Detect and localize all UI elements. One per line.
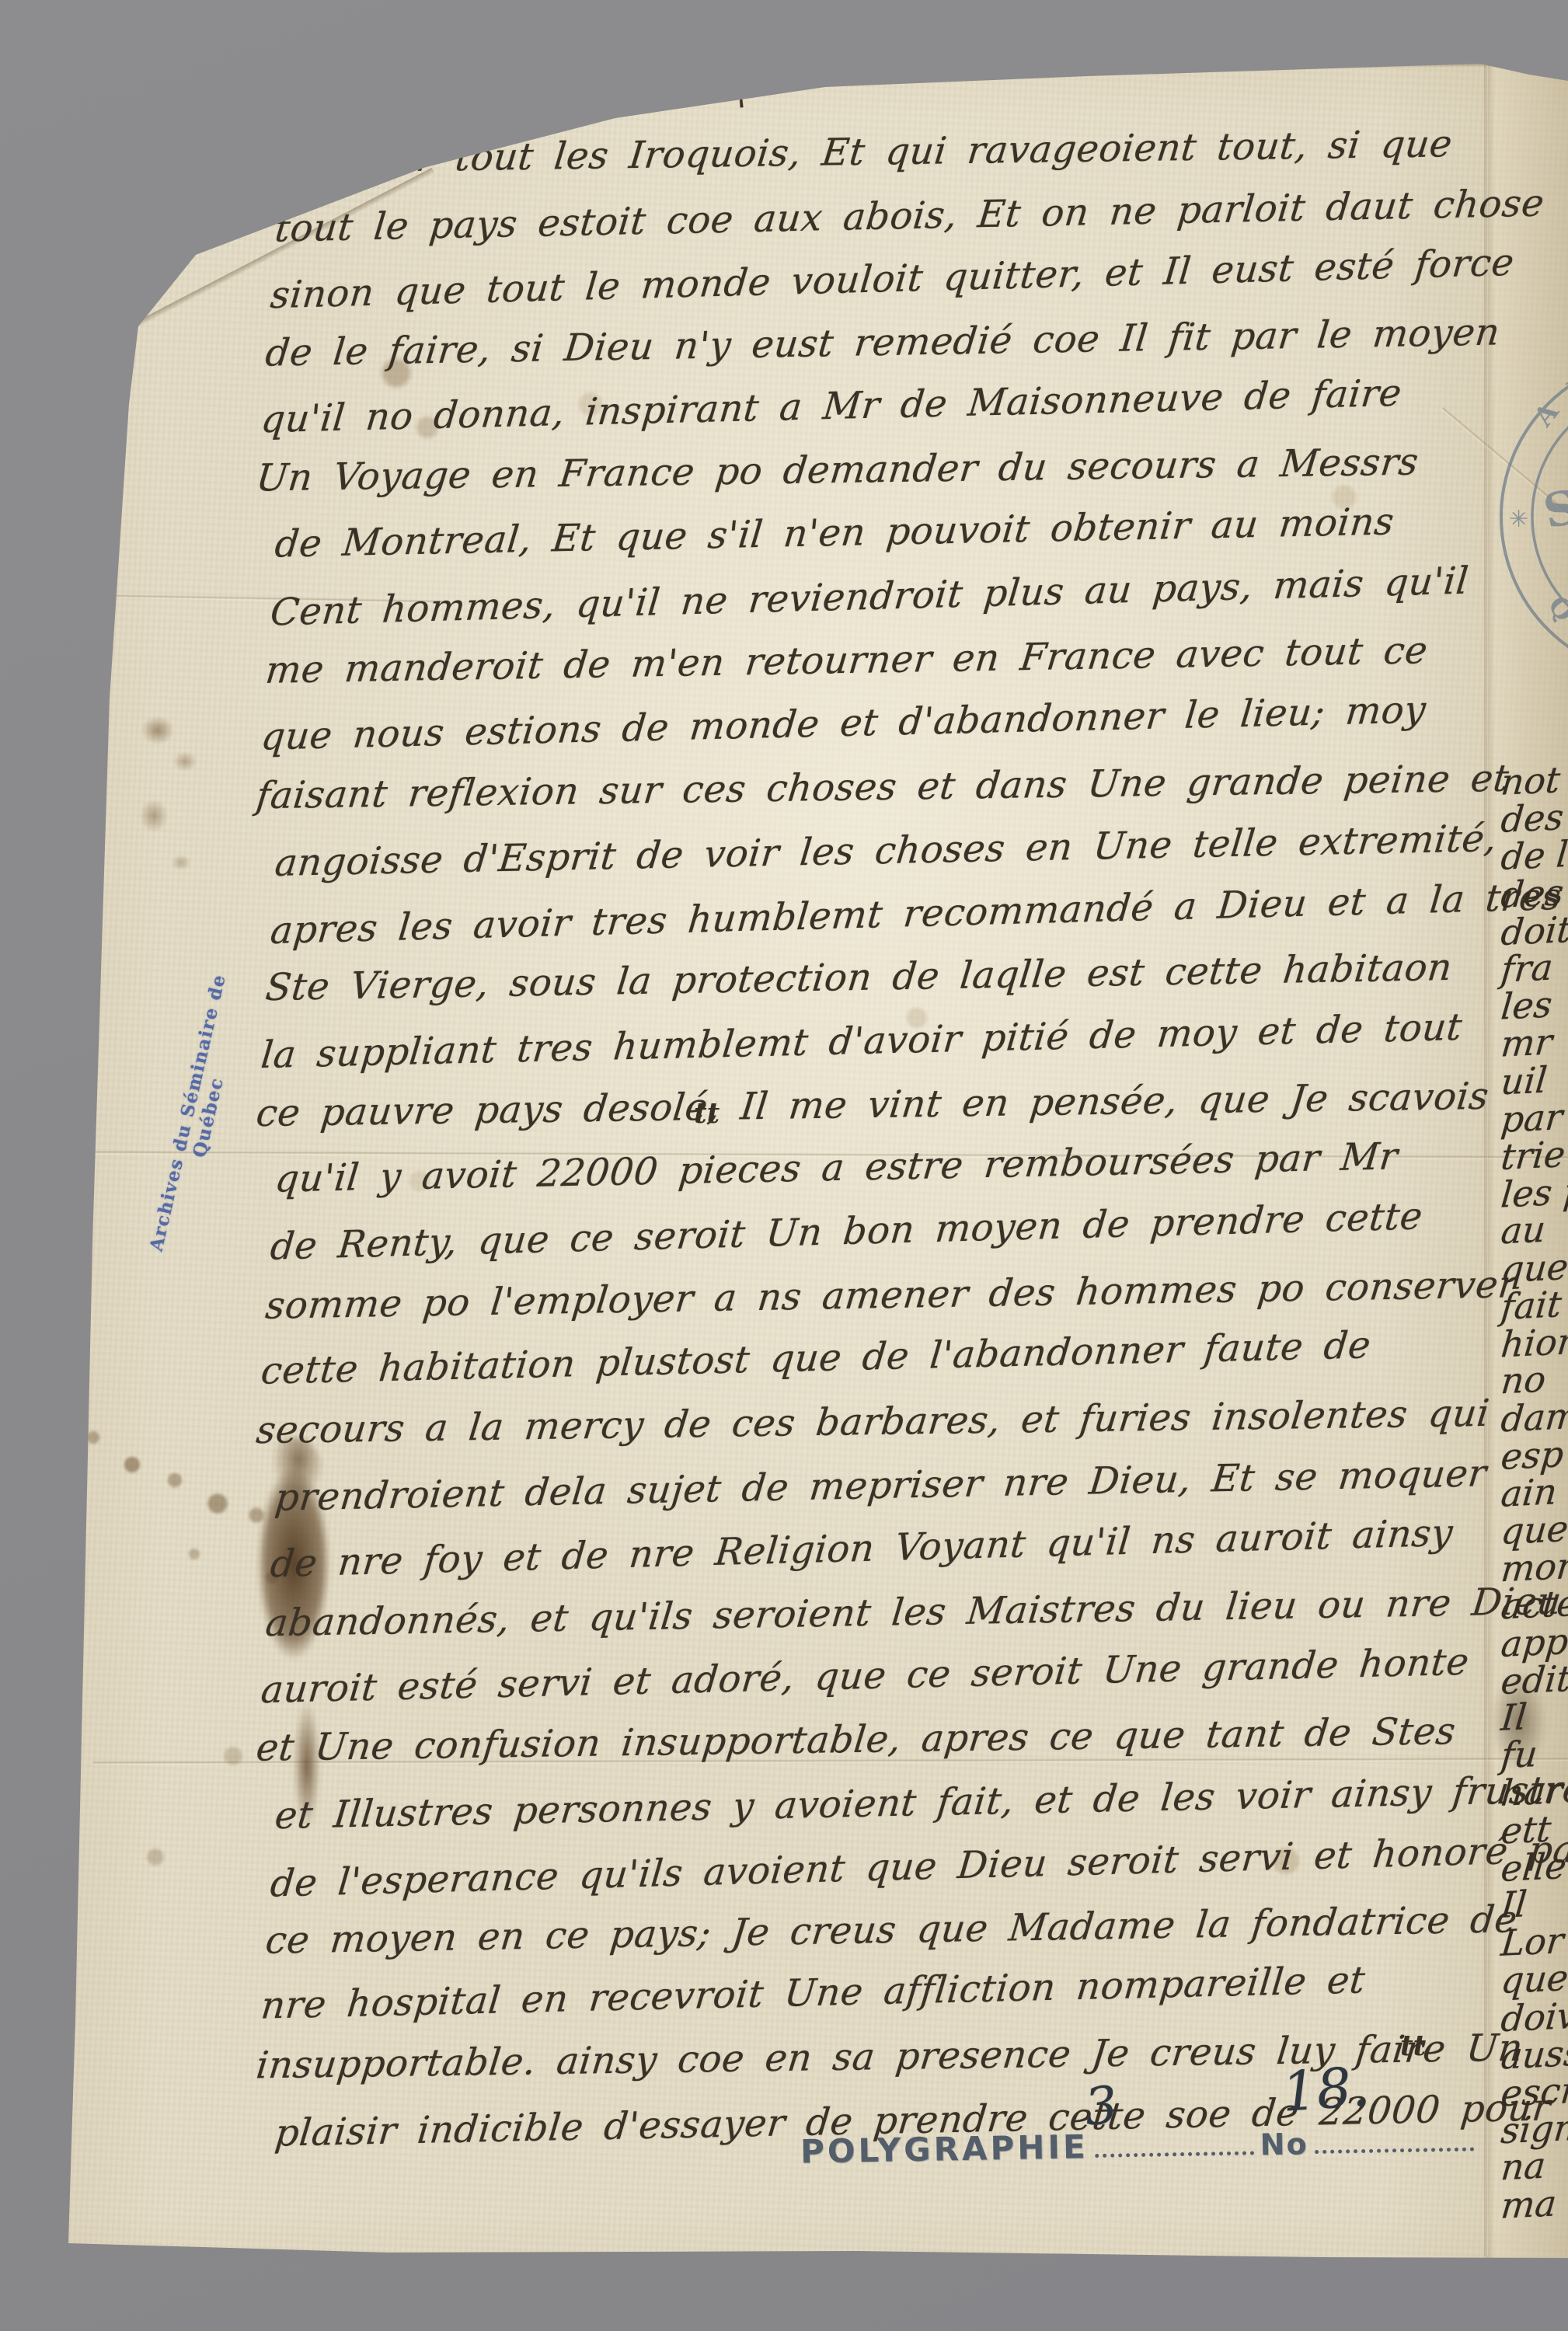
stamp-dotted-rule: [1095, 2151, 1254, 2158]
stamp-star-icon: ✳: [1509, 506, 1528, 533]
manuscript-line: Cent hommes, qu'il ne reviendroit plus a…: [269, 559, 1471, 634]
manuscript-line: que nous estions de monde et d'abandonne…: [259, 688, 1427, 759]
livres-currency-mark: tt: [1400, 2030, 1426, 2062]
stamp-letter: A: [1528, 397, 1566, 434]
adjacent-page-fragment: au: [1499, 1208, 1547, 1253]
manuscript-line: auroit esté servi et adoré, que ce seroi…: [259, 1640, 1471, 1713]
polygraphie-label: POLYGRAPHIE: [800, 2127, 1089, 2170]
manuscript-line: de nre foy et de nre Religion Voyant qu'…: [269, 1511, 1455, 1587]
manuscript-line: apres les avoir tres humblemt recommandé…: [269, 875, 1563, 953]
handwritten-item-number: 18.: [1280, 2054, 1371, 2124]
manuscript-line: me manderoit de m'en retourner en France…: [263, 629, 1430, 692]
adjacent-page-fragment: elle: [1499, 1845, 1568, 1890]
manuscript-line: somme po l'employer a ns amener des homm…: [263, 1263, 1518, 1328]
archives-stamp-text: Archives du Séminaire de Québec: [146, 972, 230, 1253]
archives-seminaire-stamp: Archives du Séminaire de Québec: [141, 951, 255, 1278]
manuscript-line: iÿ et par tout les Iroquois, Et qui rava…: [254, 122, 1455, 183]
manuscript-line: qu'il y avoit 22000 pieces a estre rembo…: [273, 1134, 1399, 1200]
manuscript-line: Ste Vierge, sous la protection de laqlle…: [263, 946, 1455, 1009]
handwritten-series-number: 3: [1082, 2075, 1120, 2138]
manuscript-line: de Montreal, Et que s'il n'en pouvoit ob…: [273, 500, 1396, 566]
adjacent-page-fragment: ma: [1499, 2182, 1558, 2227]
pious-cross-mark: —†: [696, 72, 751, 117]
manuscript-line: et Illustres personnes y avoient fait, e…: [273, 1768, 1568, 1838]
paper-top-edge: [435, 59, 1568, 78]
adjacent-page-fragment: Il: [1499, 1883, 1528, 1926]
stamp-dotted-rule: [1315, 2148, 1474, 2155]
polygraphie-no-label: No: [1260, 2127, 1308, 2162]
manuscript-line: cette habitation plustost que de l'aband…: [259, 1324, 1372, 1394]
manuscript-line: qu'il no donna, inspirant a Mr de Maison…: [259, 371, 1403, 441]
manuscript-scan: —† iÿ et par tout les Iroquois, Et qui r…: [0, 0, 1568, 2331]
livres-currency-mark: tt: [694, 1097, 720, 1130]
manuscript-line: prendroient dela sujet de mepriser nre D…: [273, 1451, 1489, 1520]
manuscript-line: ce moyen en ce pays; Je creus que Madame…: [263, 1897, 1519, 1963]
manuscript-line: angoisse d'Esprit de voir les choses en …: [273, 817, 1499, 885]
manuscript-line: sinon que tout le monde vouloit quitter,…: [269, 241, 1517, 318]
manuscript-line: Un Voyage en France po demander du secou…: [254, 440, 1420, 500]
manuscript-line: nre hospital en recevroit Une affliction…: [259, 1959, 1367, 2028]
stamp-letter: R: [1562, 368, 1568, 406]
manuscript-line: de le faire, si Dieu n'y eust remedié co…: [263, 310, 1502, 375]
stamp-letter: Q: [1542, 591, 1568, 628]
manuscript-line: tout le pays estoit coe aux abois, Et on…: [273, 181, 1546, 250]
circular-archives-stamp: A R Q U ✳ S: [1476, 334, 1568, 707]
manuscript-line: faisant reflexion sur ces choses et dans…: [254, 757, 1511, 818]
manuscript-line: de Renty, que ce seroit Un bon moyen de …: [269, 1194, 1425, 1269]
adjacent-page-fragment: Il: [1499, 1695, 1528, 1739]
ink-stain-drip: [289, 1694, 325, 1873]
manuscript-line: de l'esperance qu'ils avoient que Dieu s…: [269, 1827, 1568, 1905]
stamp-center-letter: S: [1539, 479, 1568, 539]
manuscript-line: abandonnés, et qu'ils seroient les Maist…: [263, 1580, 1563, 1646]
manuscript-line: secours a la mercy de ces barbares, et f…: [254, 1392, 1492, 1452]
ink-stain: [123, 699, 224, 901]
manuscript-paper: —† iÿ et par tout les Iroquois, Et qui r…: [0, 0, 1568, 2331]
manuscript-line: ce pauvre pays desolé, Il me vint en pen…: [254, 1074, 1491, 1134]
manuscript-line: la suppliant tres humblemt d'avoir pitié…: [259, 1005, 1464, 1077]
